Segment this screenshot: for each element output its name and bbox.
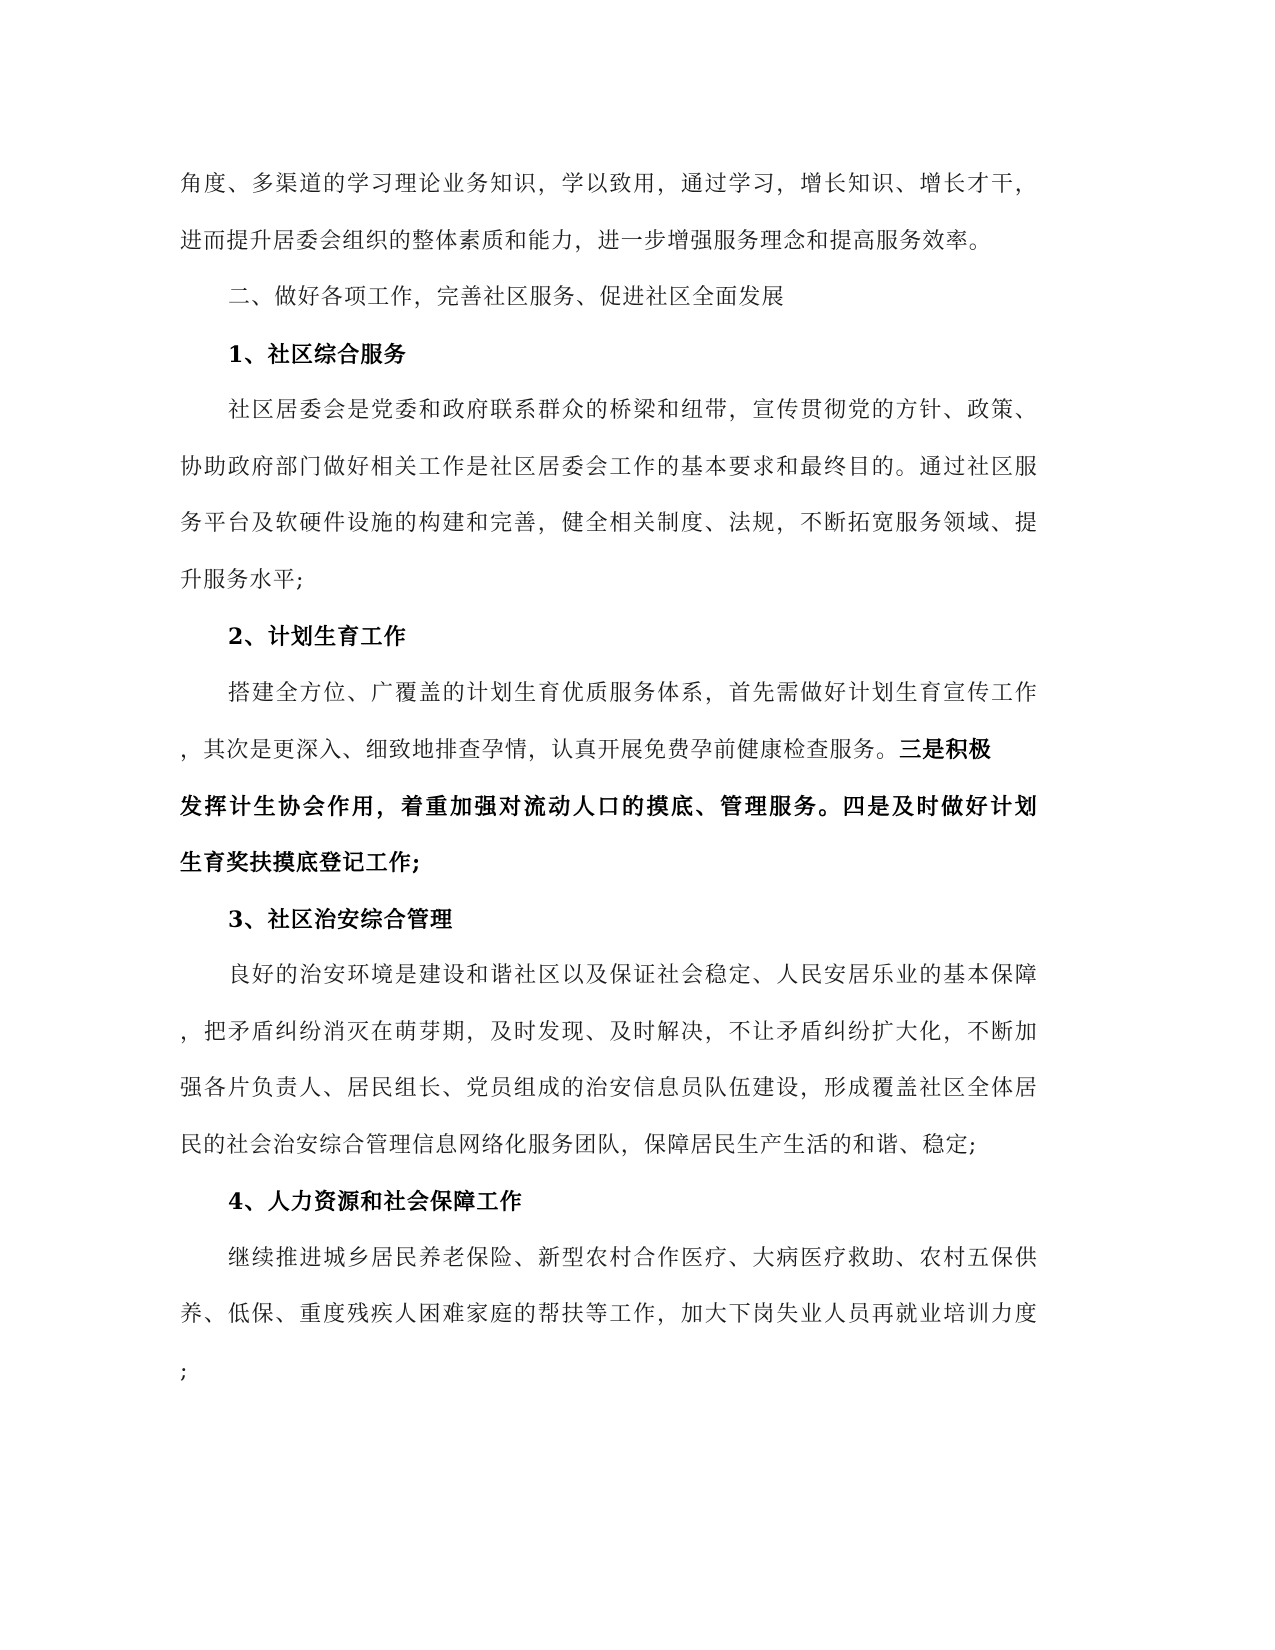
bold-text-span: 三是积极 (899, 737, 992, 763)
subsection-heading: 2、计划生育工作 (180, 614, 1038, 671)
body-text-line: 良好的治安环境是建设和谐社区以及保证社会稳定、人民安居乐业的基本保障 (180, 953, 1038, 1010)
body-text-line: 升服务水平; (180, 558, 1038, 615)
subsection-heading: 3、社区治安综合管理 (180, 897, 1038, 954)
subsection-heading: 1、社区综合服务 (180, 332, 1038, 389)
bold-text-line: 发挥计生协会作用，着重加强对流动人口的摸底、管理服务。四是及时做好计划 (180, 784, 1038, 841)
body-text-line: 角度、多渠道的学习理论业务知识，学以致用，通过学习，增长知识、增长才干， (180, 162, 1038, 219)
document-page: 角度、多渠道的学习理论业务知识，学以致用，通过学习，增长知识、增长才干， 进而提… (180, 162, 1038, 1405)
body-text-line: 养、低保、重度残疾人困难家庭的帮扶等工作，加大下岗失业人员再就业培训力度 (180, 1292, 1038, 1349)
body-text-line: 强各片负责人、居民组长、党员组成的治安信息员队伍建设，形成覆盖社区全体居 (180, 1066, 1038, 1123)
body-text-line: 民的社会治安综合管理信息网络化服务团队，保障居民生产生活的和谐、稳定; (180, 1123, 1038, 1180)
regular-text-span: ，其次是更深入、细致地排查孕情，认真开展免费孕前健康检查服务。 (180, 738, 899, 763)
body-text-line: ，其次是更深入、细致地排查孕情，认真开展免费孕前健康检查服务。三是积极 (180, 727, 1038, 784)
body-text-line: 社区居委会是党委和政府联系群众的桥梁和纽带，宣传贯彻党的方针、政策、 (180, 388, 1038, 445)
body-text-line: ，把矛盾纠纷消灭在萌芽期，及时发现、及时解决，不让矛盾纠纷扩大化，不断加 (180, 1010, 1038, 1067)
body-text-line: 搭建全方位、广覆盖的计划生育优质服务体系，首先需做好计划生育宣传工作 (180, 671, 1038, 728)
bold-text-line: 生育奖扶摸底登记工作; (180, 840, 1038, 897)
body-text-line: 继续推进城乡居民养老保险、新型农村合作医疗、大病医疗救助、农村五保供 (180, 1236, 1038, 1293)
section-heading: 二、做好各项工作，完善社区服务、促进社区全面发展 (180, 275, 1038, 332)
body-text-line: 协助政府部门做好相关工作是社区居委会工作的基本要求和最终目的。通过社区服 (180, 445, 1038, 502)
body-text-line: 务平台及软硬件设施的构建和完善，健全相关制度、法规，不断拓宽服务领域、提 (180, 501, 1038, 558)
body-text-line: ; (180, 1349, 1038, 1406)
subsection-heading: 4、人力资源和社会保障工作 (180, 1179, 1038, 1236)
body-text-line: 进而提升居委会组织的整体素质和能力，进一步增强服务理念和提高服务效率。 (180, 219, 1038, 276)
